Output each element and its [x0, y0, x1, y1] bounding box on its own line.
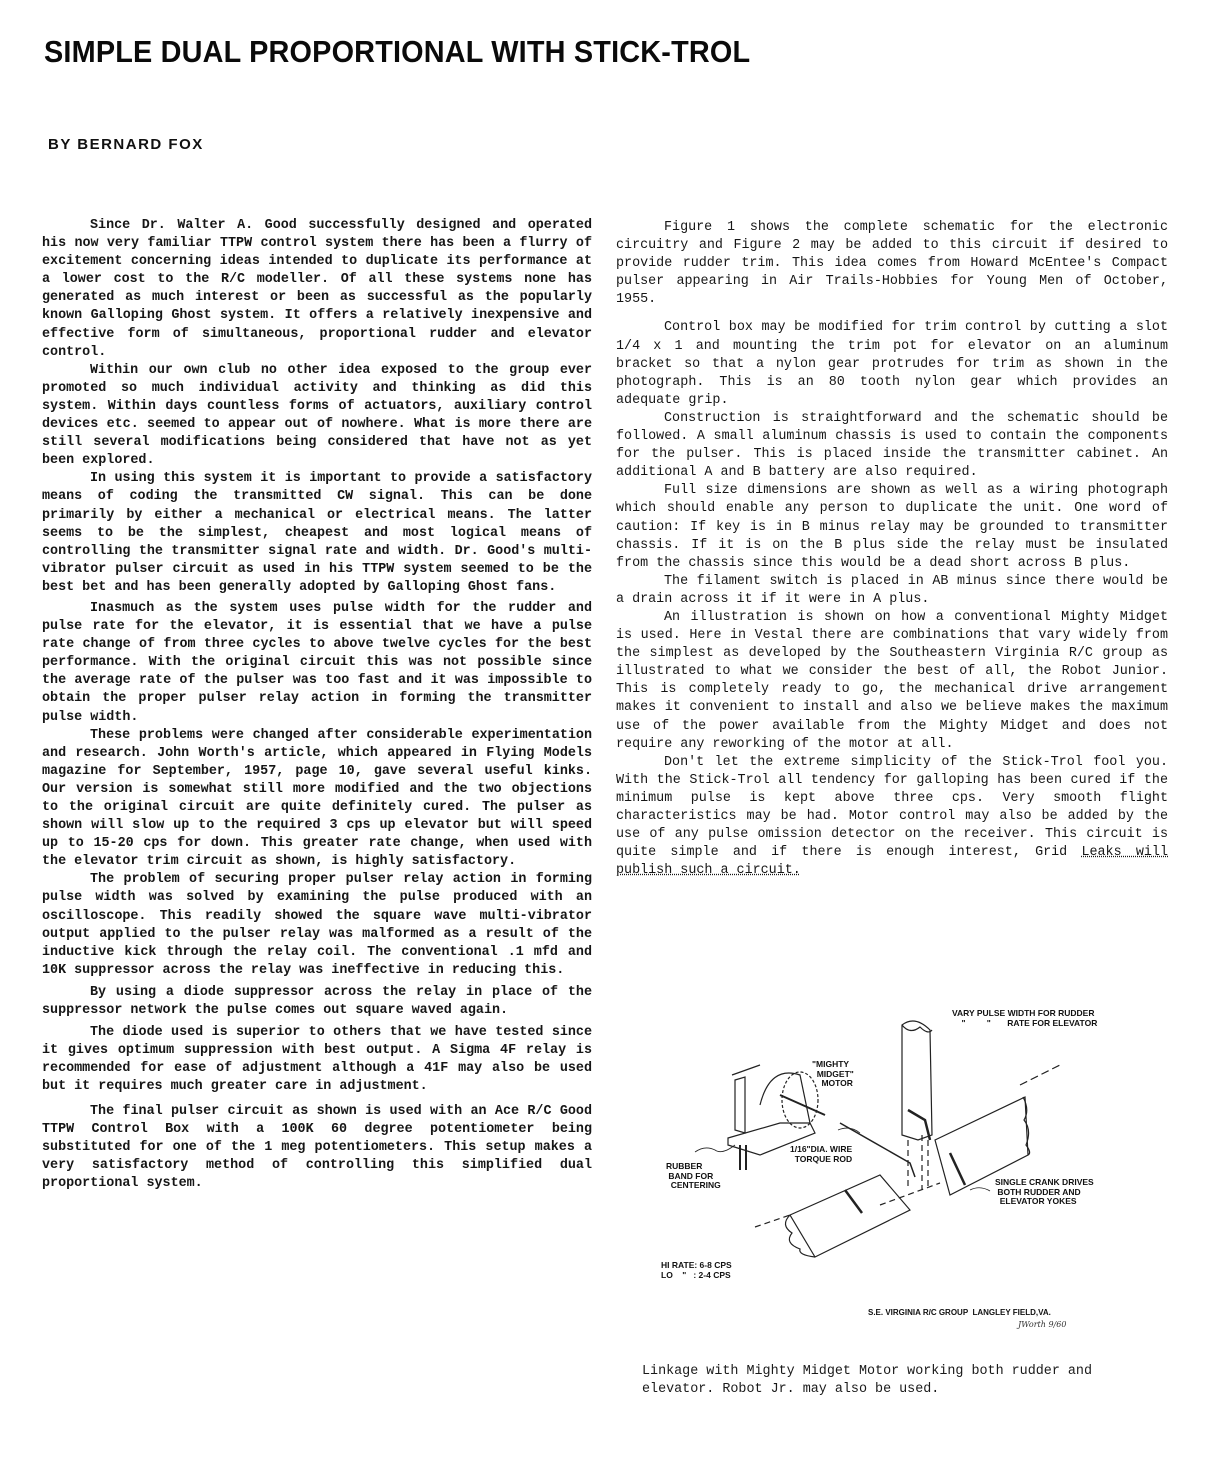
label-single-crank: SINGLE CRANK DRIVES BOTH RUDDER AND ELEV…	[995, 1178, 1094, 1207]
label-rubber-band: RUBBER BAND FOR CENTERING	[666, 1162, 721, 1191]
signature: JWorth 9/60	[1018, 1320, 1066, 1329]
figure-caption: Linkage with Mighty Midget Motor working…	[642, 1363, 1162, 1399]
label-mighty-midget-motor: "MIGHTY MIDGET" MOTOR	[812, 1060, 854, 1089]
paragraph: Don't let the extreme simplicity of the …	[616, 754, 1168, 881]
paragraph: Inasmuch as the system uses pulse width …	[42, 600, 592, 727]
paragraph: The diode used is superior to others tha…	[42, 1024, 592, 1096]
right-column: Figure 1 shows the complete schematic fo…	[616, 219, 1168, 880]
paragraph: Full size dimensions are shown as well a…	[616, 482, 1168, 572]
left-column: Since Dr. Walter A. Good successfully de…	[42, 217, 592, 1193]
paragraph: Since Dr. Walter A. Good successfully de…	[42, 217, 592, 362]
article-title: SIMPLE DUAL PROPORTIONAL WITH STICK-TROL	[44, 34, 750, 70]
label-credit: S.E. VIRGINIA R/C GROUP LANGLEY FIELD,VA…	[868, 1308, 1051, 1318]
label-rates: HI RATE: 6-8 CPS LO " : 2-4 CPS	[661, 1261, 732, 1280]
paragraph: Within our own club no other idea expose…	[42, 362, 592, 471]
byline: BY BERNARD FOX	[48, 136, 204, 153]
paragraph: The final pulser circuit as shown is use…	[42, 1103, 592, 1193]
paragraph: Construction is straightforward and the …	[616, 410, 1168, 482]
paragraph: These problems were changed after consid…	[42, 727, 592, 872]
paragraph: The problem of securing proper pulser re…	[42, 871, 592, 980]
label-torque-rod: 1/16"DIA. WIRE TORQUE ROD	[790, 1145, 852, 1164]
paragraph: Control box may be modified for trim con…	[616, 319, 1168, 409]
closing-prefix: Grid	[1035, 845, 1067, 860]
paragraph: The filament switch is placed in AB minu…	[616, 573, 1168, 609]
paragraph: An illustration is shown on how a conven…	[616, 609, 1168, 754]
paragraph: In using this system it is important to …	[42, 470, 592, 597]
paragraph: Figure 1 shows the complete schematic fo…	[616, 219, 1168, 309]
linkage-illustration: VARY PULSE WIDTH FOR RUDDER " " RATE FOR…	[640, 1005, 1160, 1335]
paragraph: By using a diode suppressor across the r…	[42, 984, 592, 1020]
label-vary-pulse: VARY PULSE WIDTH FOR RUDDER " " RATE FOR…	[952, 1009, 1097, 1028]
